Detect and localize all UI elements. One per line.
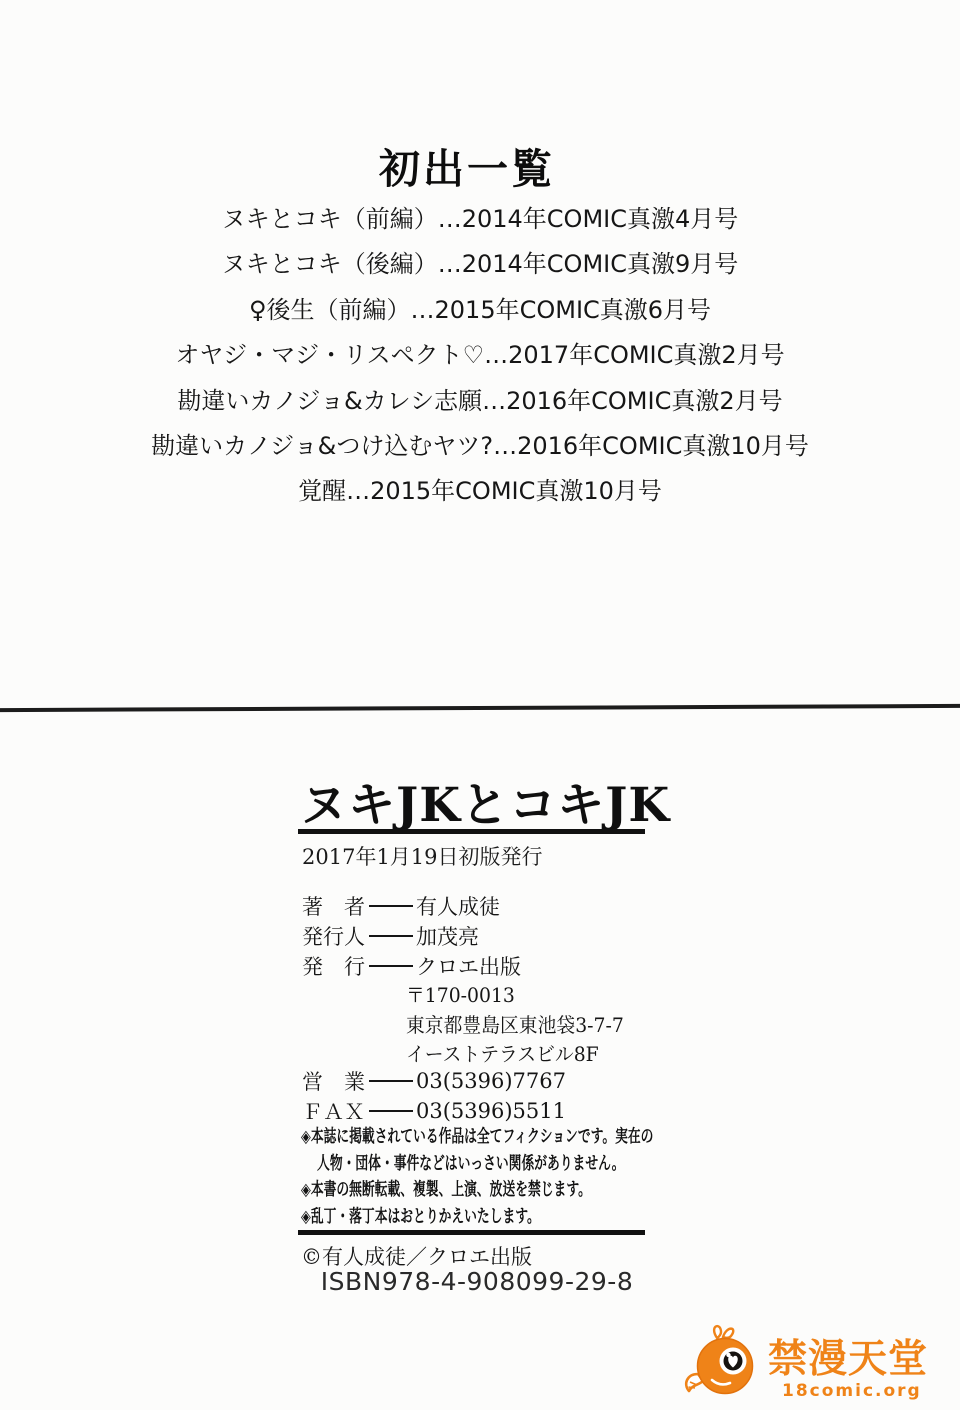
- sales-phone-row: 営 業 03(5396)7767: [302, 1066, 566, 1096]
- fax-row: ＦＡＸ 03(5396)5511: [302, 1096, 566, 1126]
- postal-code: 〒170-0013: [406, 981, 624, 1011]
- watermark-site-name: 禁漫天堂: [768, 1340, 928, 1379]
- colophon-page: 初出一覧 ヌキとコキ（前編）…2014年COMIC真激4月号 ヌキとコキ（後編）…: [0, 0, 960, 1410]
- page-divider-rule: [0, 704, 960, 712]
- dash-rule: [369, 1080, 413, 1082]
- publisher-value: クロエ出版: [416, 951, 521, 981]
- fax-label: ＦＡＸ: [302, 1096, 368, 1126]
- credit-line: ヌキとコキ（後編）…2014年COMIC真激9月号: [0, 242, 960, 287]
- publication-info-rows: 著 者 有人成徒 発行人 加茂亮 発 行 クロエ出版: [302, 891, 521, 981]
- legal-notices: ◈本誌に掲載されている作品は全てフィクションです。実在の 人物・団体・事件などは…: [301, 1124, 768, 1230]
- notice-replacement: ◈乱丁・落丁本はおとりかえいたします。: [301, 1204, 768, 1231]
- watermark-site-url: 18comic.org: [782, 1383, 928, 1400]
- sales-phone-value: 03(5396)7767: [416, 1069, 566, 1093]
- publisher-row: 発 行 クロエ出版: [302, 951, 521, 981]
- publisher-person-value: 加茂亮: [416, 921, 479, 951]
- edition-date: 2017年1月19日初版発行: [302, 841, 543, 871]
- credit-line: 覚醒…2015年COMIC真激10月号: [0, 469, 960, 514]
- watermark-text: 禁漫天堂 18comic.org: [768, 1322, 928, 1400]
- credit-line: ♀後生（前編）…2015年COMIC真激6月号: [0, 288, 960, 333]
- notice-fiction: ◈本誌に掲載されている作品は全てフィクションです。実在の: [301, 1124, 768, 1151]
- dash-rule: [369, 965, 413, 967]
- credit-list: ヌキとコキ（前編）…2014年COMIC真激4月号 ヌキとコキ（後編）…2014…: [0, 197, 960, 515]
- publisher-person-row: 発行人 加茂亮: [302, 921, 521, 951]
- sales-label: 営 業: [302, 1066, 368, 1096]
- publisher-label: 発 行: [302, 951, 368, 981]
- site-watermark: 禁漫天堂 18comic.org: [684, 1322, 928, 1404]
- publisher-person-label: 発行人: [302, 921, 368, 951]
- author-label: 著 者: [302, 891, 368, 921]
- credit-line: 勘違いカノジョ&カレシ志願…2016年COMIC真激2月号: [0, 379, 960, 424]
- credit-line: ヌキとコキ（前編）…2014年COMIC真激4月号: [0, 197, 960, 242]
- notice-no-reproduction: ◈本書の無断転載、複製、上演、放送を禁じます。: [301, 1177, 768, 1204]
- credit-line: 勘違いカノジョ&つけ込むヤツ?…2016年COMIC真激10月号: [0, 424, 960, 469]
- author-row: 著 者 有人成徒: [302, 891, 521, 921]
- comic-mascot-icon: [684, 1322, 766, 1404]
- dash-rule: [369, 1110, 413, 1112]
- contact-rows: 営 業 03(5396)7767 ＦＡＸ 03(5396)5511: [302, 1066, 566, 1126]
- author-value: 有人成徒: [416, 891, 500, 921]
- first-publication-title: 初出一覧: [0, 136, 934, 195]
- isbn-number: ISBN978-4-908099-29-8: [0, 1267, 954, 1296]
- publisher-address: 〒170-0013 東京都豊島区東池袋3-7-7 イーストテラスビル8F: [406, 981, 638, 1070]
- fax-value: 03(5396)5511: [416, 1099, 566, 1123]
- dash-rule: [369, 905, 413, 907]
- book-title: ヌキJKとコキJK: [300, 768, 670, 835]
- credit-line: オヤジ・マジ・リスペクト♡…2017年COMIC真激2月号: [0, 333, 960, 378]
- notice-fiction-continued: 人物・団体・事件などはいっさい関係がありません。: [301, 1151, 768, 1178]
- dash-rule: [369, 935, 413, 937]
- title-underline-rule: [298, 829, 645, 834]
- address-street: 東京都豊島区東池袋3-7-7: [406, 1011, 624, 1041]
- colophon-bottom-rule: [298, 1230, 645, 1235]
